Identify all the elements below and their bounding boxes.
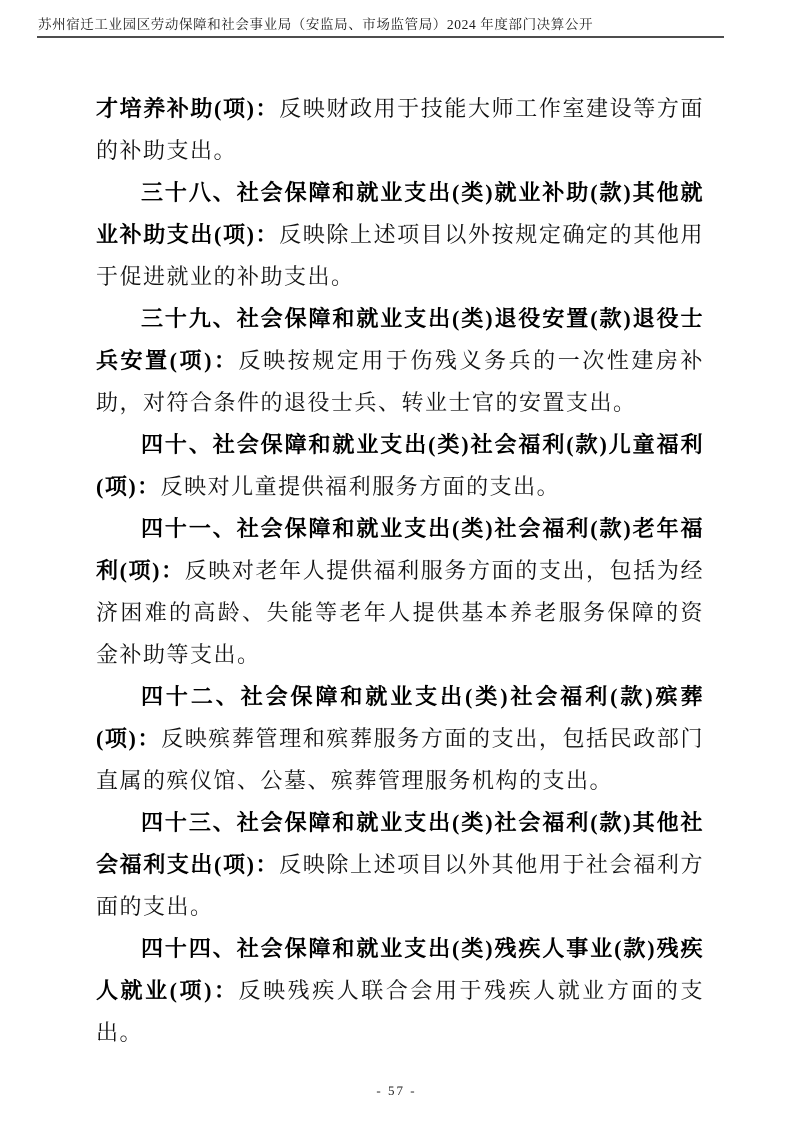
page-number: - 57 - [0, 1083, 793, 1099]
paragraph-text: 反映对儿童提供福利服务方面的支出。 [161, 474, 561, 499]
document-page: 苏州宿迁工业园区劳动保障和社会事业局（安监局、市场监管局）2024 年度部门决算… [0, 0, 793, 1122]
paragraph: 四十四、社会保障和就业支出(类)残疾人事业(款)残疾人就业(项)：反映残疾人联合… [96, 928, 704, 1054]
paragraph: 四十、社会保障和就业支出(类)社会福利(款)儿童福利(项)：反映对儿童提供福利服… [96, 424, 704, 508]
paragraph-text: 反映对老年人提供福利服务方面的支出，包括为经济困难的高龄、失能等老年人提供基本养… [96, 558, 704, 667]
document-header-title: 苏州宿迁工业园区劳动保障和社会事业局（安监局、市场监管局）2024 年度部门决算… [38, 13, 738, 33]
paragraph-lead-bold: 才培养补助(项)： [96, 96, 279, 121]
paragraph: 四十二、社会保障和就业支出(类)社会福利(款)殡葬(项)：反映殡葬管理和殡葬服务… [96, 676, 704, 802]
paragraph: 四十一、社会保障和就业支出(类)社会福利(款)老年福利(项)：反映对老年人提供福… [96, 508, 704, 676]
paragraph: 四十三、社会保障和就业支出(类)社会福利(款)其他社会福利支出(项)：反映除上述… [96, 802, 704, 928]
paragraph: 三十八、社会保障和就业支出(类)就业补助(款)其他就业补助支出(项)：反映除上述… [96, 172, 704, 298]
paragraph-text: 反映殡葬管理和殡葬服务方面的支出，包括民政部门直属的殡仪馆、公墓、殡葬管理服务机… [96, 726, 704, 793]
paragraph: 三十九、社会保障和就业支出(类)退役安置(款)退役士兵安置(项)：反映按规定用于… [96, 298, 704, 424]
paragraph: 才培养补助(项)：反映财政用于技能大师工作室建设等方面的补助支出。 [96, 88, 704, 172]
document-body: 才培养补助(项)：反映财政用于技能大师工作室建设等方面的补助支出。三十八、社会保… [96, 88, 704, 1054]
header-divider-rule [37, 36, 724, 38]
